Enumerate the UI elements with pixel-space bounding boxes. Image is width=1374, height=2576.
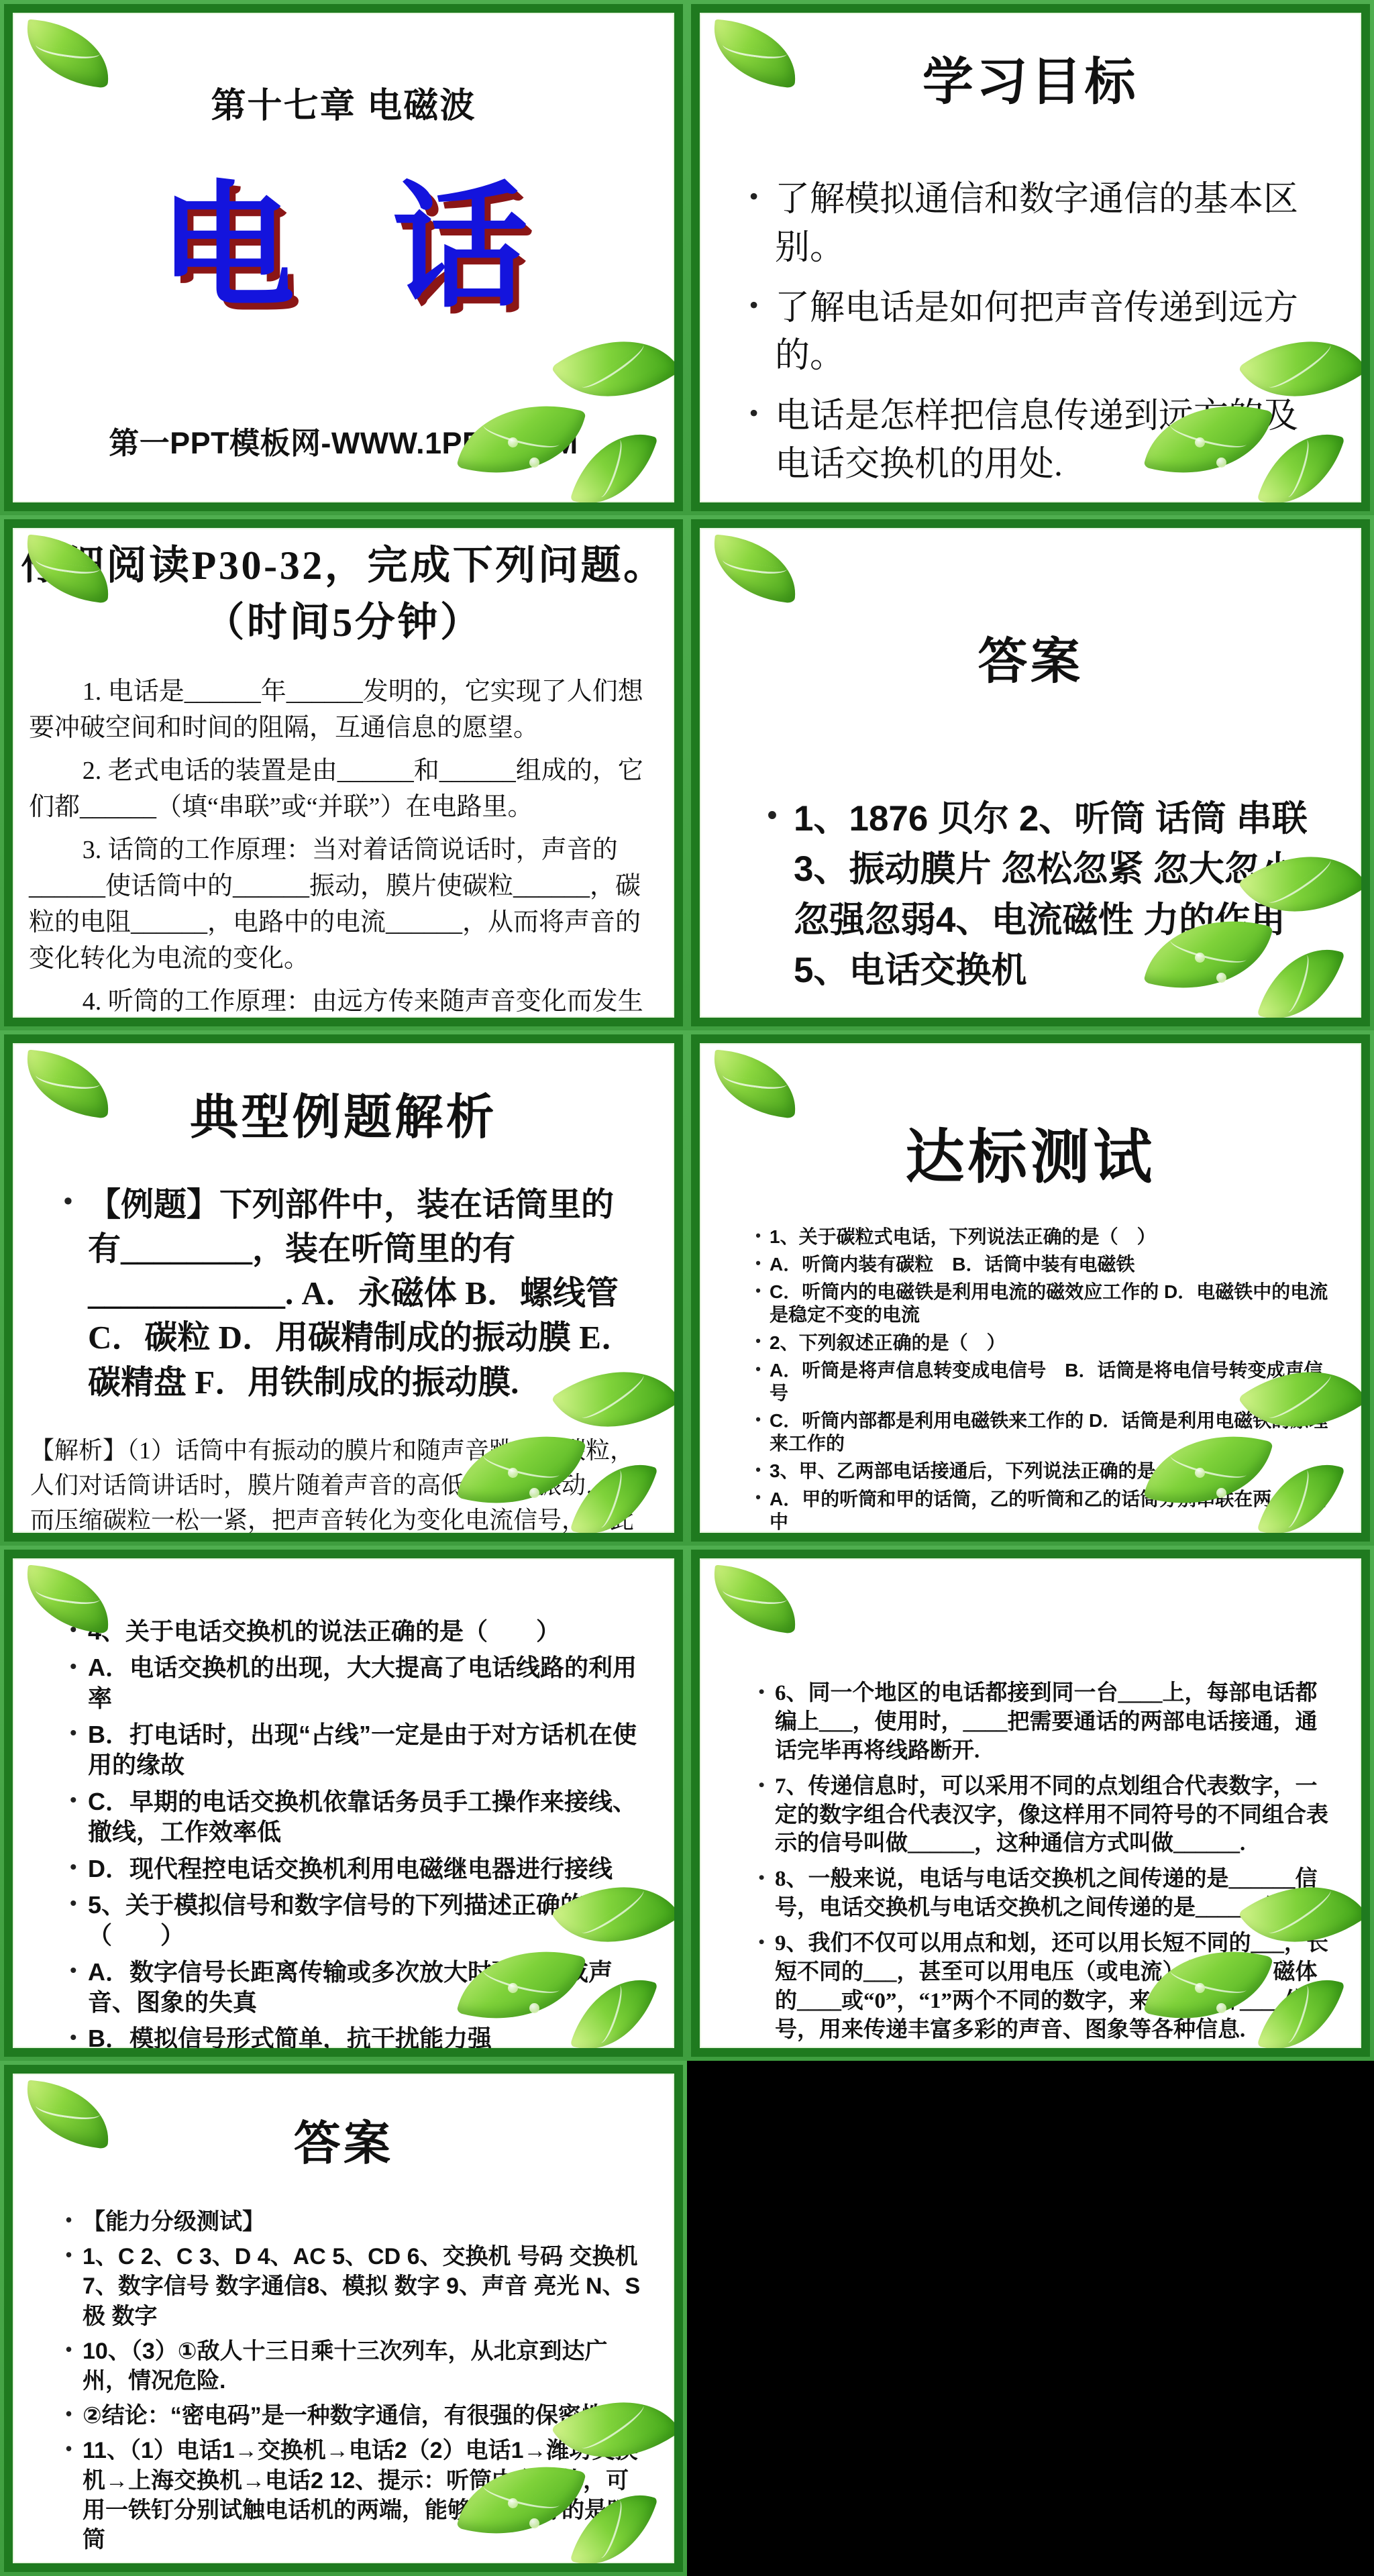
answer-item: 1、C 2、C 3、D 4、AC 5、CD 6、交换机 号码 交换机7、数字信号… <box>83 2242 646 2331</box>
option-item: C．听筒内的电磁铁是利用电流的磁效应工作的 D．电磁铁中的电流是稳定不变的电流 <box>770 1281 1333 1326</box>
slide-grid: 第十七章 电磁波 电 话 第一PPT模板网-WWW.1PPT.COM 学习目标 … <box>0 0 1374 2576</box>
question-item: 1、关于碳粒式电话，下列说法正确的是（ ） <box>770 1226 1333 1248</box>
answer-item: 【能力分级测试】 <box>83 2207 646 2237</box>
question-item: 4. 听筒的工作原理：由远方传来随声音变化而发生强弱变化的______，通过电磁… <box>29 984 658 1026</box>
grid-cell: 6、同一个地区的电话都接到同一台____上，每部电话都编上___，使用时，___… <box>687 1546 1374 2061</box>
question-item: 2、下列叙述正确的是（ ） <box>770 1332 1333 1354</box>
leaves-cluster-icon <box>465 331 673 502</box>
leaves-cluster-icon <box>1152 847 1360 1018</box>
question-item: 4、关于电话交换机的说法正确的是（ ） <box>88 1616 647 1646</box>
option-item: C．早期的电话交换机依靠话务员手工操作来接线、撤线，工作效率低 <box>88 1786 647 1847</box>
grid-cell: 典型例题解析 【例题】下列部件中，装在话筒里的有________，装在听筒里的有… <box>0 1030 687 1546</box>
slide-title: 达标测试 <box>700 1110 1361 1195</box>
slide-title: 学习目标 <box>700 41 1361 114</box>
option-item: B．打电话时，出现“占线”一定是由于对方话机在使用的缘故 <box>88 1719 647 1780</box>
blank-black-cell <box>687 2061 1374 2576</box>
option-item: B．甲的听筒和乙的听筒串联，甲的话筒和乙的话筒串联 <box>770 1538 1333 1542</box>
grid-cell: 答案 1、1876 贝尔 2、听筒 话筒 串联 3、振动膜片 忽松忽紧 忽大忽小… <box>687 515 1374 1030</box>
slide-title-line2: （时间5分钟） <box>13 594 674 651</box>
answer-item: 10、（3）①敌人十三日乘十三次列车，从北京到达广州，情况危险. <box>83 2337 646 2396</box>
question-item: 2. 老式电话的装置是由______和______组成的，它们都______（填… <box>29 753 658 826</box>
leaves-cluster-icon <box>1152 331 1360 502</box>
question-item: 7、传递信息时，可以采用不同的点划组合代表数字，一定的数字组合代表汉字，像这样用… <box>775 1772 1334 1859</box>
leaf-icon <box>712 539 798 599</box>
leaves-cluster-icon <box>1152 1877 1360 2048</box>
option-item: A．听筒内装有碳粒 B．话筒中装有电磁铁 <box>770 1253 1333 1276</box>
slide-example: 典型例题解析 【例题】下列部件中，装在话筒里的有________，装在听筒里的有… <box>4 1034 683 1542</box>
leaves-cluster-icon <box>465 2392 673 2563</box>
question-item: 6、同一个地区的电话都接到同一台____上，每部电话都编上___，使用时，___… <box>775 1679 1334 1766</box>
bullet-item: 了解模拟通信和数字通信的基本区别。 <box>775 176 1331 272</box>
slide-title-line1: 仔细阅读P30-32，完成下列问题。 <box>13 537 674 594</box>
leaf-icon <box>25 1054 111 1114</box>
lesson-title: 电 话 <box>13 176 674 318</box>
leaf-icon <box>25 539 111 599</box>
slide-answers-test: 答案 【能力分级测试】 1、C 2、C 3、D 4、AC 5、CD 6、交换机 … <box>4 2065 683 2572</box>
slide-test-q1-3: 达标测试 1、关于碳粒式电话，下列说法正确的是（ ） A．听筒内装有碳粒 B．话… <box>691 1034 1370 1542</box>
slide-test-q4-5: 4、关于电话交换机的说法正确的是（ ） A．电话交换机的出现，大大提高了电话线路… <box>4 1550 683 2057</box>
grid-cell: 学习目标 了解模拟通信和数字通信的基本区别。 了解电话是如何把声音传递到远方的。… <box>687 0 1374 515</box>
leaf-icon <box>712 1054 798 1114</box>
leaf-icon <box>25 23 111 84</box>
grid-cell: 仔细阅读P30-32，完成下列问题。 （时间5分钟） 1. 电话是______年… <box>0 515 687 1030</box>
grid-cell: 4、关于电话交换机的说法正确的是（ ） A．电话交换机的出现，大大提高了电话线路… <box>0 1546 687 2061</box>
slide-objectives: 学习目标 了解模拟通信和数字通信的基本区别。 了解电话是如何把声音传递到远方的。… <box>691 4 1370 511</box>
leaf-icon <box>712 23 798 84</box>
slide-reading-task: 仔细阅读P30-32，完成下列问题。 （时间5分钟） 1. 电话是______年… <box>4 519 683 1026</box>
leaf-icon <box>25 2084 111 2145</box>
grid-cell: 第十七章 电磁波 电 话 第一PPT模板网-WWW.1PPT.COM <box>0 0 687 515</box>
option-item: A．电话交换机的出现，大大提高了电话线路的利用率 <box>88 1652 647 1713</box>
leaf-icon <box>712 1569 798 1629</box>
grid-cell: 达标测试 1、关于碳粒式电话，下列说法正确的是（ ） A．听筒内装有碳粒 B．话… <box>687 1030 1374 1546</box>
slide-cover: 第十七章 电磁波 电 话 第一PPT模板网-WWW.1PPT.COM <box>4 4 683 511</box>
leaves-cluster-icon <box>465 1877 673 2048</box>
slide-answers-reading: 答案 1、1876 贝尔 2、听筒 话筒 串联 3、振动膜片 忽松忽紧 忽大忽小… <box>691 519 1370 1026</box>
slide-title: 仔细阅读P30-32，完成下列问题。 （时间5分钟） <box>13 537 674 651</box>
question-list: 1. 电话是______年______发明的，它实现了人们想要冲破空间和时间的阻… <box>29 674 658 1026</box>
question-item: 3. 话筒的工作原理：当对着话筒说话时，声音的______使话筒中的______… <box>29 833 658 977</box>
chapter-heading: 第十七章 电磁波 <box>13 77 674 127</box>
grid-cell: 答案 【能力分级测试】 1、C 2、C 3、D 4、AC 5、CD 6、交换机 … <box>0 2061 687 2576</box>
slide-test-q6-9: 6、同一个地区的电话都接到同一台____上，每部电话都编上___，使用时，___… <box>691 1550 1370 2057</box>
question-item: 1. 电话是______年______发明的，它实现了人们想要冲破空间和时间的阻… <box>29 674 658 747</box>
slide-title: 典型例题解析 <box>13 1078 674 1148</box>
leaf-icon <box>25 1569 111 1629</box>
leaves-cluster-icon <box>465 1362 673 1533</box>
slide-title: 答案 <box>700 622 1361 693</box>
slide-title: 答案 <box>13 2106 674 2173</box>
leaves-cluster-icon <box>1152 1362 1360 1533</box>
